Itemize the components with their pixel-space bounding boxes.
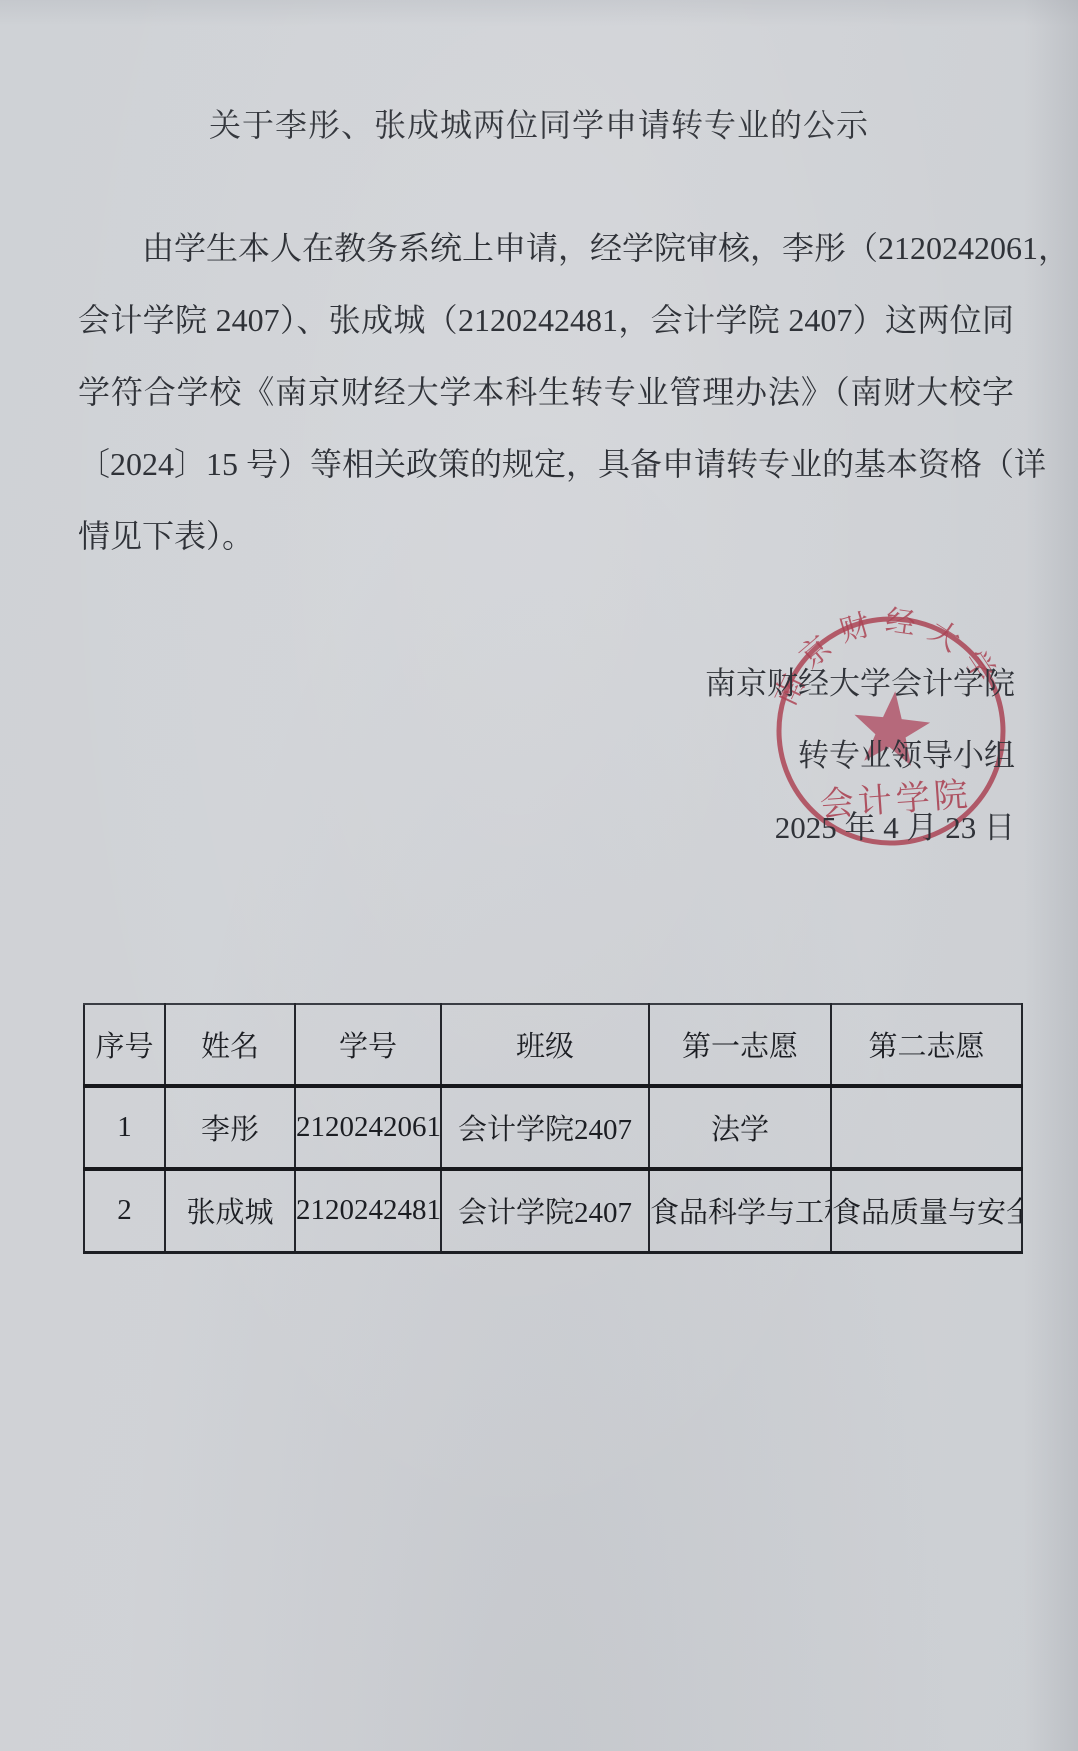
col-header-second-choice: 第二志愿 (831, 1004, 1022, 1086)
table-row: 2 张成城 2120242481 会计学院2407 食品科学与工程 食品质量与安… (84, 1169, 1022, 1252)
cell-second-choice: 食品质量与安全 (831, 1169, 1022, 1252)
paragraph-line: 情见下表）。 (78, 500, 1014, 572)
cell-first-choice: 食品科学与工程 (649, 1169, 831, 1252)
document-photo: 关于李彤、张成城两位同学申请转专业的公示 由学生本人在教务系统上申请，经学院审核… (0, 0, 1078, 1751)
col-header-class: 班级 (441, 1004, 649, 1086)
cell-class: 会计学院2407 (441, 1169, 649, 1252)
transfer-application-table: 序号 姓名 学号 班级 第一志愿 第二志愿 1 李彤 2120242061 会计… (83, 1003, 1023, 1254)
col-header-index: 序号 (84, 1004, 165, 1086)
col-header-name: 姓名 (165, 1004, 295, 1086)
cell-index: 2 (84, 1169, 165, 1252)
cell-student-id: 2120242061 (295, 1086, 441, 1169)
signature-date: 2025 年 4 月 23 日 (705, 792, 1015, 864)
signature-org-line2: 转专业领导小组 (705, 720, 1015, 792)
cell-second-choice (831, 1086, 1022, 1169)
col-header-first-choice: 第一志愿 (649, 1004, 831, 1086)
table-row: 1 李彤 2120242061 会计学院2407 法学 (84, 1086, 1022, 1169)
cell-first-choice: 法学 (649, 1086, 831, 1169)
paragraph-line: 由学生本人在教务系统上申请，经学院审核，李彤（2120242061， (78, 212, 1014, 284)
page-title: 关于李彤、张成城两位同学申请转专业的公示 (0, 100, 1078, 146)
cell-name: 张成城 (165, 1169, 295, 1252)
body-paragraph: 由学生本人在教务系统上申请，经学院审核，李彤（2120242061， 会计学院 … (78, 212, 1014, 572)
cell-class: 会计学院2407 (441, 1086, 649, 1169)
cell-index: 1 (84, 1086, 165, 1169)
paragraph-line: 会计学院 2407）、张成城（2120242481，会计学院 2407）这两位同 (78, 284, 1014, 356)
paragraph-line: 〔2024〕15 号）等相关政策的规定，具备申请转专业的基本资格（详 (78, 428, 1014, 500)
cell-name: 李彤 (165, 1086, 295, 1169)
table-header-row: 序号 姓名 学号 班级 第一志愿 第二志愿 (84, 1004, 1022, 1086)
signature-org-line1: 南京财经大学会计学院 (705, 648, 1015, 720)
signature-block: 南京财经大学会计学院 转专业领导小组 2025 年 4 月 23 日 (705, 648, 1015, 864)
paragraph-line: 学符合学校《南京财经大学本科生转专业管理办法》（南财大校字 (78, 356, 1014, 428)
cell-student-id: 2120242481 (295, 1169, 441, 1252)
col-header-student-id: 学号 (295, 1004, 441, 1086)
